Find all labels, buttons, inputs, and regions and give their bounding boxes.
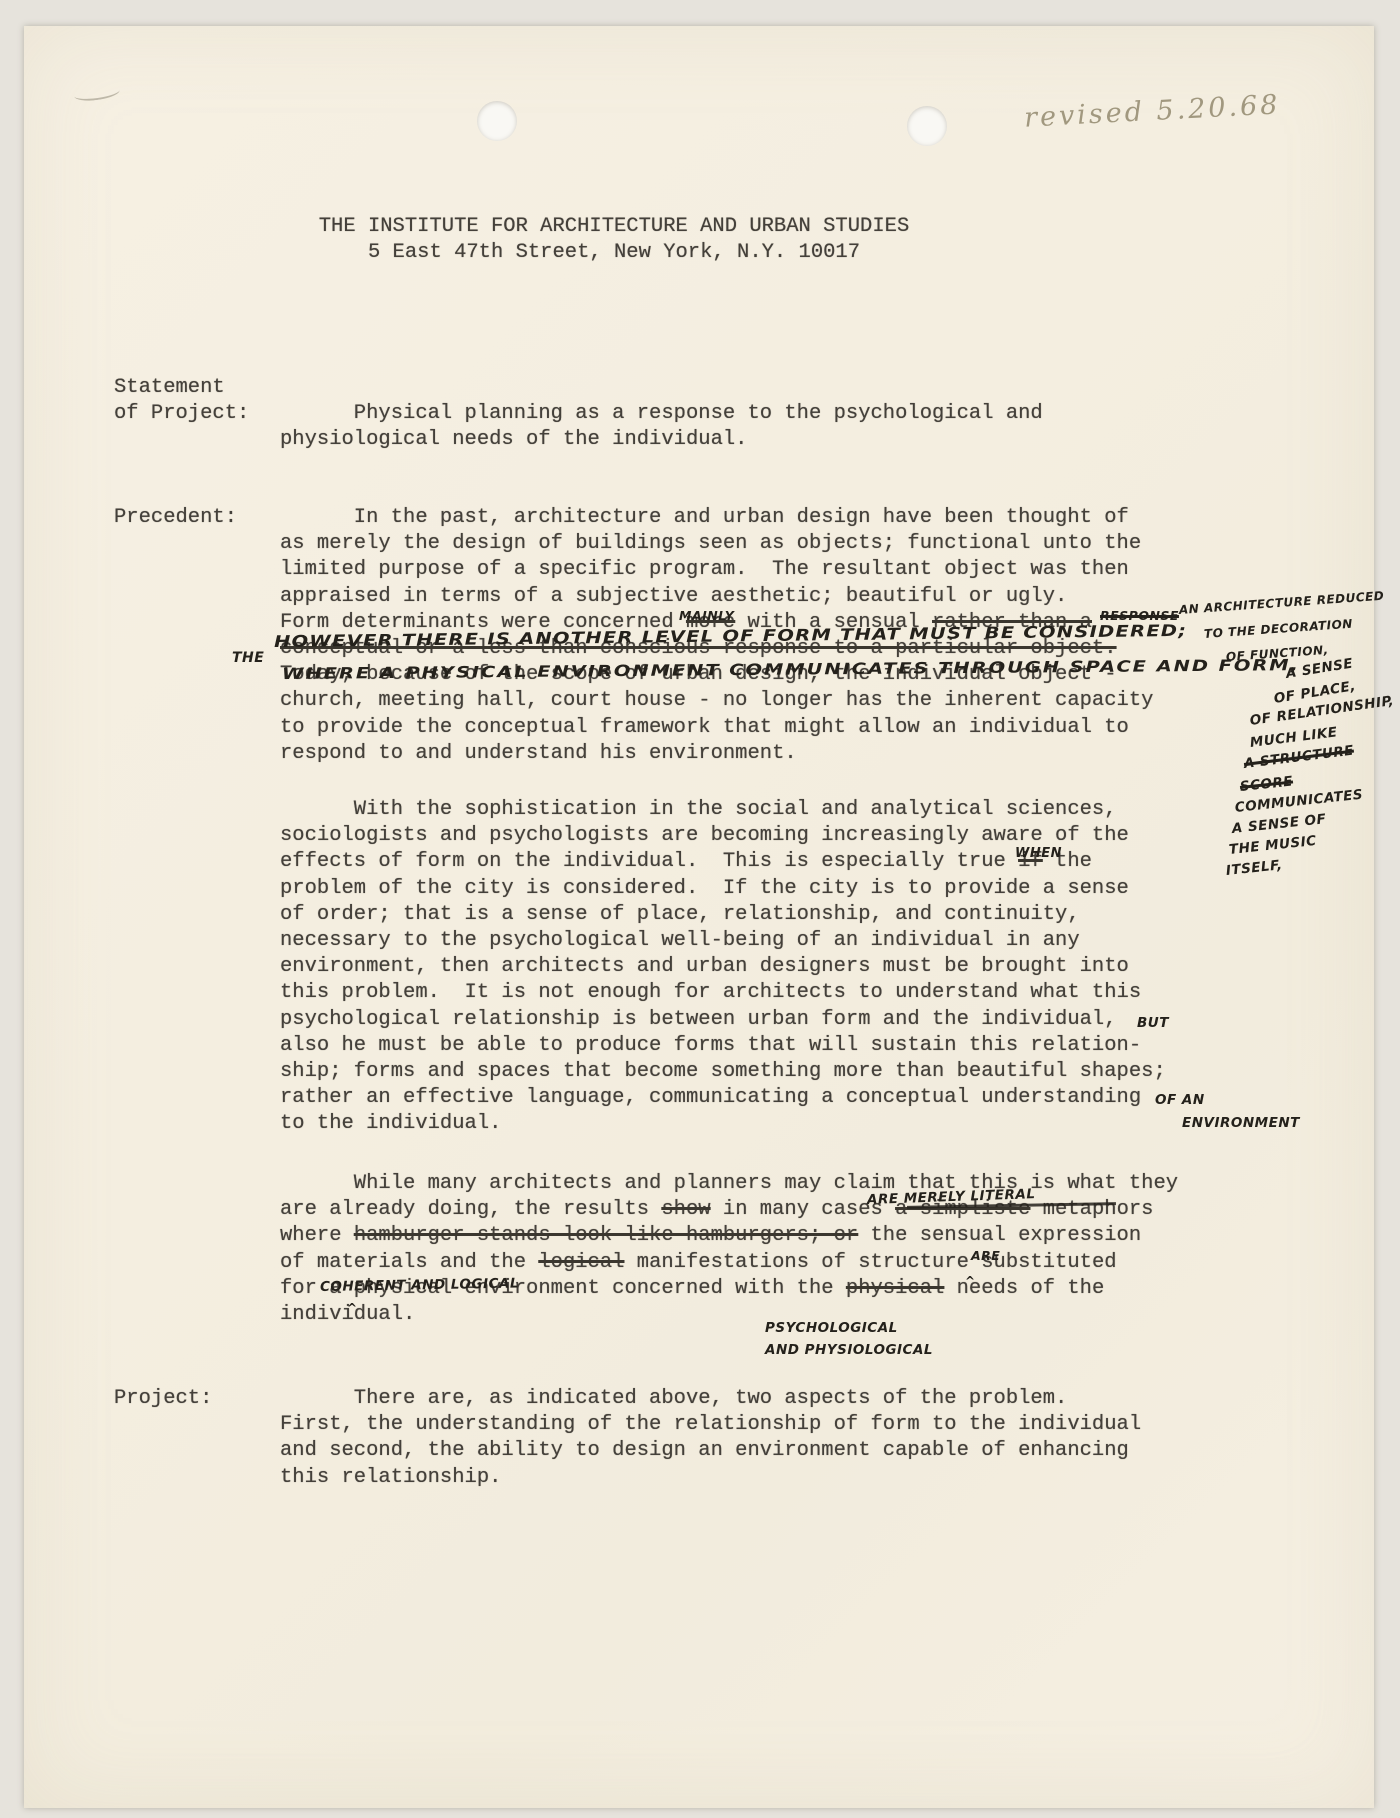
statement-of-project-text: Physical planning as a response to the p…: [280, 401, 1043, 453]
pencil-revision-note: revised 5.20.68: [1023, 89, 1281, 133]
handwritten-score: SCORE: [1239, 773, 1294, 794]
handwritten-mainly: MAINLY: [679, 608, 734, 623]
typed-line: Project:: [114, 1386, 212, 1412]
handwritten-psychological: PSYCHOLOGICAL: [765, 1320, 898, 1336]
precedent-paragraph-3: While many architects and planners may c…: [280, 1171, 1178, 1328]
typed-line: With the sophistication in the social an…: [280, 797, 1166, 823]
letterhead-org: THE INSTITUTE FOR ARCHITECTURE AND URBAN…: [114, 214, 1114, 240]
letterhead: THE INSTITUTE FOR ARCHITECTURE AND URBAN…: [114, 214, 1114, 266]
handwritten-are: ARE: [971, 1248, 1000, 1263]
handwritten-to-the-decoration: TO THE DECORATION: [1204, 617, 1354, 641]
typed-line: There are, as indicated above, two aspec…: [280, 1386, 1141, 1412]
typed-line: respond to and understand his environmen…: [280, 741, 1153, 767]
punch-hole-left: [477, 101, 517, 141]
scanned-page: revised 5.20.68 THE INSTITUTE FOR ARCHIT…: [24, 26, 1374, 1808]
typed-line: necessary to the psychological well-bein…: [280, 928, 1166, 954]
typed-line: as merely the design of buildings seen a…: [280, 531, 1153, 557]
punch-hole-right: [907, 106, 947, 146]
precedent-label: Precedent:: [114, 505, 237, 531]
handwritten-itself: ITSELF,: [1225, 857, 1283, 879]
typed-line: appraised in terms of a subjective aesth…: [280, 584, 1153, 610]
typed-line: environment, then architects and urban d…: [280, 954, 1166, 980]
typed-line: Statement: [114, 375, 249, 401]
handwritten-the: THE: [232, 650, 264, 666]
handwritten-of-an: OF AN: [1155, 1092, 1205, 1108]
typed-line: also he must be able to produce forms th…: [280, 1033, 1166, 1059]
typed-line: of order; that is a sense of place, rela…: [280, 902, 1166, 928]
handwritten-environment: ENVIRONMENT: [1182, 1115, 1300, 1131]
typed-line: this relationship.: [280, 1465, 1141, 1491]
typed-line: individual.: [280, 1302, 1178, 1328]
typed-line: psychological relationship is between ur…: [280, 1007, 1166, 1033]
handwritten-caret-physical: ^: [347, 1301, 358, 1315]
typed-line: While many architects and planners may c…: [280, 1171, 1178, 1197]
typed-line: In the past, architecture and urban desi…: [280, 505, 1153, 531]
handwritten-when: WHEN: [1015, 846, 1062, 861]
handwritten-but: BUT: [1137, 1015, 1169, 1031]
handwritten-arch-reduced: AN ARCHITECTURE REDUCED: [1179, 589, 1385, 617]
typed-line: rather an effective language, communicat…: [280, 1085, 1166, 1111]
typed-line: to the individual.: [280, 1111, 1166, 1137]
typed-line: church, meeting hall, court house - no l…: [280, 688, 1153, 714]
project-label: Project:: [114, 1386, 212, 1412]
handwritten-caret-structure: ^: [965, 1274, 976, 1288]
typed-line: of materials and the logical manifestati…: [280, 1250, 1178, 1276]
typed-line: Physical planning as a response to the p…: [280, 401, 1043, 427]
handwritten-and-physiological: AND PHYSIOLOGICAL: [765, 1342, 933, 1358]
typed-line: of Project:: [114, 401, 249, 427]
typed-line: Precedent:: [114, 505, 237, 531]
typed-line: physiological needs of the individual.: [280, 427, 1043, 453]
typed-line: limited purpose of a specific program. T…: [280, 557, 1153, 583]
letterhead-address: 5 East 47th Street, New York, N.Y. 10017: [114, 240, 1114, 266]
typed-line: this problem. It is not enough for archi…: [280, 980, 1166, 1006]
typed-line: to provide the conceptual framework that…: [280, 715, 1153, 741]
typed-line: problem of the city is considered. If th…: [280, 876, 1166, 902]
pencil-scratch-mark: [73, 83, 121, 103]
typed-line: where hamburger stands look like hamburg…: [280, 1223, 1178, 1249]
statement-of-project-label: Statementof Project:: [114, 375, 249, 427]
handwritten-the-music: THE MUSIC: [1228, 833, 1317, 858]
typed-line: are already doing, the results show in m…: [280, 1197, 1178, 1223]
typed-line: and second, the ability to design an env…: [280, 1438, 1141, 1464]
project-paragraph: There are, as indicated above, two aspec…: [280, 1386, 1141, 1491]
typed-line: First, the understanding of the relation…: [280, 1412, 1141, 1438]
typed-line: ship; forms and spaces that become somet…: [280, 1059, 1166, 1085]
